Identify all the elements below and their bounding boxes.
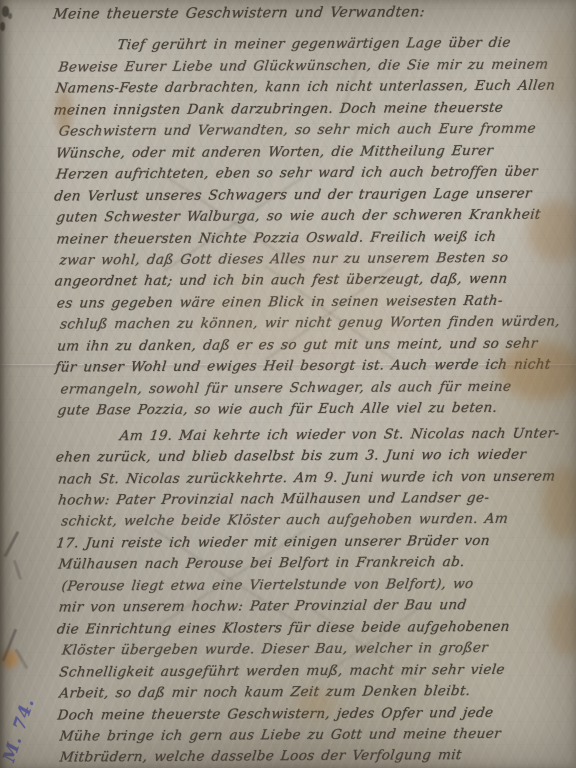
edge-speck bbox=[8, 13, 12, 19]
scan-edge-shadow bbox=[0, 0, 14, 768]
letter-line: Doch meine theuerste Geschwistern, jedes… bbox=[56, 702, 560, 727]
archive-number-annotation: M. 74. bbox=[0, 695, 39, 764]
manuscript-page: Meine theuerste Geschwistern und Verwand… bbox=[0, 0, 576, 768]
pencil-slash bbox=[4, 531, 19, 557]
letter-line: Mitbrüdern, welche dasselbe Loos der Ver… bbox=[58, 745, 560, 768]
letter-line: guten Schwester Walburga, so wie auch de… bbox=[55, 205, 557, 230]
edge-speck bbox=[0, 22, 5, 31]
letter-line: Arbeit, so daß mir noch kaum Zeit zum De… bbox=[58, 680, 560, 705]
pencil-slash bbox=[15, 649, 28, 669]
letter-line: gute Base Pozzia, so wie auch für Euch A… bbox=[56, 398, 558, 423]
pencil-slash bbox=[2, 629, 17, 661]
letter-line: Namens-Feste darbrachten, kann ich nicht… bbox=[54, 76, 556, 101]
letter-line: nach St. Nicolas zurückkehrte. Am 9. Jun… bbox=[57, 466, 559, 491]
letter-line: mir von unserem hochw: Pater Provinzial … bbox=[57, 595, 559, 620]
edge-speck bbox=[2, 6, 9, 17]
letter-line: Klöster übergeben wurde. Dieser Bau, wel… bbox=[61, 638, 560, 663]
letter-line: angeordnet hat; und ich bin auch fest üb… bbox=[53, 269, 557, 294]
letter-line: Herzen aufrichteten, eben so sehr ward i… bbox=[55, 162, 557, 187]
letter-line: Geschwistern und Verwandten, so sehr mic… bbox=[58, 119, 557, 144]
letter-line: für unser Wohl und ewiges Heil besorgt i… bbox=[54, 355, 558, 380]
letter-line: ehen zurück, und blieb daselbst bis zum … bbox=[55, 445, 559, 470]
letter-body: Meine theuerste Geschwistern und Verwand… bbox=[54, 1, 559, 768]
salutation-line: Meine theuerste Geschwistern und Verwand… bbox=[52, 1, 556, 26]
letter-line: schluß machen zu können, wir nicht genug… bbox=[59, 312, 558, 337]
letter-line: schickt, welche beide Klöster auch aufge… bbox=[60, 509, 559, 534]
pencil-slash bbox=[13, 560, 22, 580]
letter-line: Tief gerührt in meiner gegenwärtigen Lag… bbox=[54, 33, 556, 58]
letter-line: Am 19. Mai kehrte ich wieder von St. Nic… bbox=[56, 423, 558, 448]
letter-line: Schnelligkeit ausgeführt werden muß, mac… bbox=[58, 659, 560, 684]
stain bbox=[0, 650, 18, 668]
letter-line: Mülhausen nach Perouse bei Belfort in Fr… bbox=[57, 552, 559, 577]
letter-line: meiner theuersten Nichte Pozzia Oswald. … bbox=[55, 226, 557, 251]
